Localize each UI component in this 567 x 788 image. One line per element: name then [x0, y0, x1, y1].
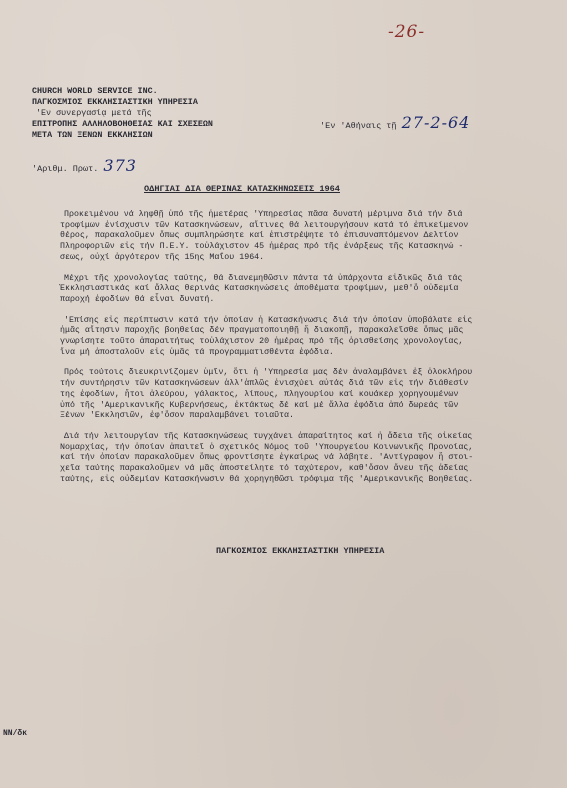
protocol-number: 'Αριθμ. Πρωτ. 373 — [32, 156, 137, 175]
text-line: παροχή ἐφοδίων θά εἶναι δυνατή. — [60, 295, 560, 306]
handwritten-protocol-number: 373 — [103, 156, 137, 175]
text-line: τήν συντήρησιν τῶν Κατασκηνώσεων ἀλλ'ἁπλ… — [60, 379, 560, 390]
text-line: ταύτης, εἰς οὐδεμίαν Κατασκήνωσιν θά χορ… — [60, 475, 560, 486]
text-line: Πληροφοριῶν εἰς τήν Π.Ε.Υ. τοὐλάχιστον 4… — [60, 242, 560, 253]
text-line: ὑπό τῆς 'Αμερικανικῆς Κυβερνήσεως, ἐκτάκ… — [60, 401, 560, 412]
paragraph-1: Προκειμένου νά ληφθῇ ὑπό τῆς ἡμετέρας 'Υ… — [60, 210, 560, 264]
document-body: Προκειμένου νά ληφθῇ ὑπό τῆς ἡμετέρας 'Υ… — [60, 210, 560, 495]
text-line: καί τήν ὁποίαν παρακαλοῦμεν ὅπως φροντίσ… — [60, 453, 560, 464]
text-line: ἵνα μή ἀποσταλοῦν εἰς ὑμᾶς τά προγραμματ… — [60, 348, 560, 359]
text-line: γνωρίσητε τοῦτο ἀπαραιτήτως τοὐλάχιστον … — [60, 337, 560, 348]
document-title: ΟΔΗΓΙΑΙ ΔΙΑ ΘΕΡΙΝΑΣ ΚΑΤΑΣΚΗΝΩΣΕΙΣ 1964 — [144, 184, 340, 194]
letterhead-committee-cont: ΜΕΤΑ ΤΩΝ ΞΕΝΩΝ ΕΚΚΛΗΣΙΩΝ — [32, 130, 213, 141]
letterhead-org-en: CHURCH WORLD SERVICE INC. — [32, 86, 213, 97]
place-label: 'Εν 'Αθήναις τῇ — [320, 121, 397, 131]
text-line: θέρος, παρακαλοῦμεν ὅπως συμπληρώσητε κα… — [60, 231, 560, 242]
text-line: τροφίμων ἐνίσχυσιν τῶν Κατασκηνώσεων, αἵ… — [60, 221, 560, 232]
text-line: Προκειμένου νά ληφθῇ ὑπό τῆς ἡμετέρας 'Υ… — [60, 210, 560, 221]
signature-block: ΠΑΓΚΟΣΜΙΟΣ ΕΚΚΛΗΣΙΑΣΤΙΚΗ ΥΠΗΡΕΣΙΑ — [216, 546, 384, 556]
letterhead-cooperation: 'Εν συνεργασίᾳ μετά τῆς — [32, 108, 213, 119]
letterhead-committee: ΕΠΙΤΡΟΠΗΣ ΑΛΛΗΛΟΒΟΗΘΕΙΑΣ ΚΑΙ ΣΧΕΣΕΩΝ — [32, 119, 213, 130]
handwritten-date: 27-2-64 — [402, 113, 471, 132]
text-line: Ξένων 'Εκκλησιῶν, ἐφ'ὅσον παραλαμβάνει τ… — [60, 411, 560, 422]
letterhead-org-gr: ΠΑΓΚΟΣΜΙΟΣ ΕΚΚΛΗΣΙΑΣΤΙΚΗ ΥΠΗΡΕΣΙΑ — [32, 97, 213, 108]
typist-initials: NN/δκ — [3, 729, 27, 738]
text-line: της ἐφοδίων, ἤτοι ἀλεύρου, γάλακτος, λίπ… — [60, 390, 560, 401]
text-line: χεῖα ταύτης παρακαλοῦμεν νά μᾶς ἀποστείλ… — [60, 464, 560, 475]
page-number: -26- — [388, 22, 425, 42]
text-line: Διά τήν λειτουργίαν τῆς Κατασκηνώσεως τυ… — [60, 432, 560, 443]
letterhead: CHURCH WORLD SERVICE INC. ΠΑΓΚΟΣΜΙΟΣ ΕΚΚ… — [32, 86, 213, 141]
protocol-label: 'Αριθμ. Πρωτ. — [32, 164, 98, 174]
paragraph-3: 'Επίσης εἰς περίπτωσιν κατά τήν ὁποίαν ἡ… — [60, 316, 560, 359]
place-date: 'Εν 'Αθήναις τῇ 27-2-64 — [320, 113, 470, 132]
paragraph-5: Διά τήν λειτουργίαν τῆς Κατασκηνώσεως τυ… — [60, 432, 560, 486]
text-line: Ἐκκλησιαστικάς καί ἄλλας θερινάς Κατασκη… — [60, 284, 560, 295]
text-line: Νομαρχίας, τήν ὁποίαν ἀπαιτεῖ ὁ σχετικός… — [60, 443, 560, 454]
text-line: σεως, οὐχί ἀργότερον τῆς 15ης Μαΐου 1964… — [60, 253, 560, 264]
text-line: Μέχρι τῆς χρονολογίας ταύτης, θά διανεμη… — [60, 274, 560, 285]
paragraph-4: Πρός τούτοις διευκρινίζομεν ὑμῖν, ὅτι ἡ … — [60, 368, 560, 422]
text-line: ἡμᾶς αἴτησιν παροχῆς βοηθείας δέν πραγμα… — [60, 326, 560, 337]
text-line: Πρός τούτοις διευκρινίζομεν ὑμῖν, ὅτι ἡ … — [60, 368, 560, 379]
text-line: 'Επίσης εἰς περίπτωσιν κατά τήν ὁποίαν ἡ… — [60, 316, 560, 327]
paragraph-2: Μέχρι τῆς χρονολογίας ταύτης, θά διανεμη… — [60, 274, 560, 306]
